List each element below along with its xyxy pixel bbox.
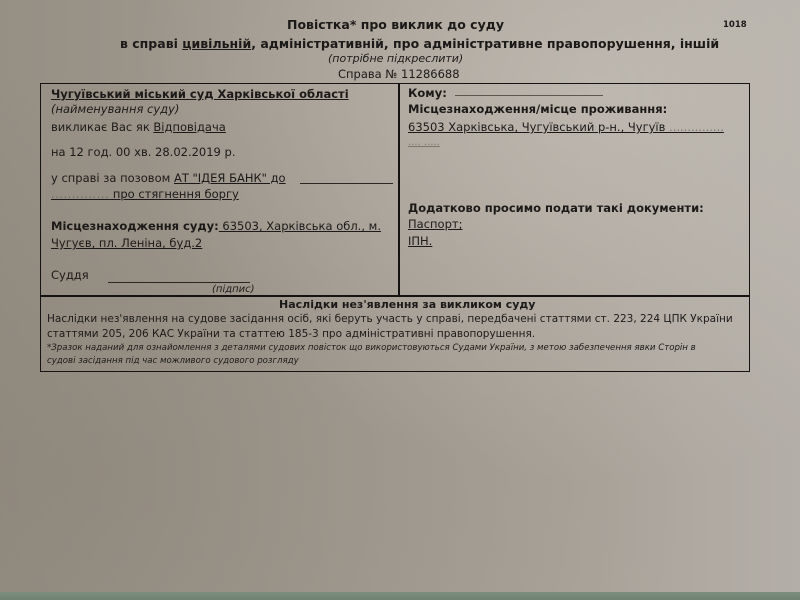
claim-plaintiff: АТ "ІДЕЯ БАНК" до: [174, 171, 286, 185]
consequences-title: Наслідки нез'явлення за викликом суду: [279, 298, 535, 311]
table-surface: [0, 592, 800, 600]
case-number-label: Справа №: [338, 67, 397, 81]
claim-line-2: .............. про стягнення боргу: [51, 187, 239, 201]
court-location-line-1: Місцезнаходження суду: 63503, Харківська…: [51, 219, 381, 233]
address-label: Місцезнаходження/місце проживання:: [408, 102, 667, 116]
summons-role: Відповідача: [153, 120, 225, 134]
underline-note: (потрібне підкреслити): [328, 52, 463, 65]
sample-note-1: *Зразок наданий для ознайомлення з детал…: [47, 343, 696, 353]
document-item: Паспорт;: [408, 217, 462, 231]
case-type-line: в справі цивільній, адміністративній, пр…: [120, 36, 719, 51]
claim-subject: про стягнення боргу: [109, 187, 239, 201]
judge-label: Суддя: [51, 268, 89, 282]
case-number-line: Справа № 11286688: [338, 67, 460, 81]
case-type-rest: , адміністративній, про адміністративне …: [251, 36, 719, 51]
consequences-text-2: статтями 205, 206 КАС України та статтею…: [47, 328, 535, 340]
case-type-prefix: в справі: [120, 36, 182, 51]
section-divider: [40, 295, 750, 297]
address-value: 63503 Харківська, Чугуївський р-н., Чугу…: [408, 120, 669, 134]
case-number: 11286688: [401, 67, 460, 81]
claim-line-1: у справі за позовом АТ "ІДЕЯ БАНК" до: [51, 171, 286, 185]
summons-prefix: викликає Вас як: [51, 120, 153, 134]
signature-caption: (підпис): [212, 284, 255, 295]
court-location-line-2: Чугуєв, пл. Леніна, буд.2: [51, 236, 202, 250]
address-line-2-redacted: .... .....: [408, 137, 440, 148]
recipient-label: Кому:: [408, 86, 447, 100]
address-line-1: 63503 Харківська, Чугуївський р-н., Чугу…: [408, 120, 724, 134]
consequences-text-1: Наслідки нез'явлення на судове засідання…: [47, 313, 733, 325]
hearing-datetime: на 12 год. 00 хв. 28.02.2019 р.: [51, 145, 236, 159]
document-item: ІПН.: [408, 234, 432, 248]
signature-line: [108, 282, 250, 283]
claim-underline: [300, 183, 393, 184]
case-type-selected: цивільній: [182, 36, 251, 51]
form-code: 1018: [723, 20, 747, 30]
court-location-value: 63503, Харківська обл., м.: [219, 219, 381, 233]
court-location-label: Місцезнаходження суду:: [51, 219, 219, 233]
sample-note-2: судові засідання під час можливого судов…: [47, 356, 299, 366]
documents-label: Додатково просимо подати такі документи:: [408, 201, 704, 215]
claim-prefix: у справі за позовом: [51, 171, 174, 185]
recipient-redacted: [455, 95, 603, 96]
column-divider: [398, 83, 400, 296]
court-name: Чугуївський міський суд Харківської обла…: [51, 87, 349, 101]
court-caption: (найменування суду): [51, 102, 179, 116]
address-redacted: ...............: [669, 120, 724, 134]
defendant-redacted: ..............: [51, 187, 109, 201]
summons-role-line: викликає Вас як Відповідача: [51, 120, 226, 134]
document-title: Повістка* про виклик до суду: [287, 17, 504, 32]
